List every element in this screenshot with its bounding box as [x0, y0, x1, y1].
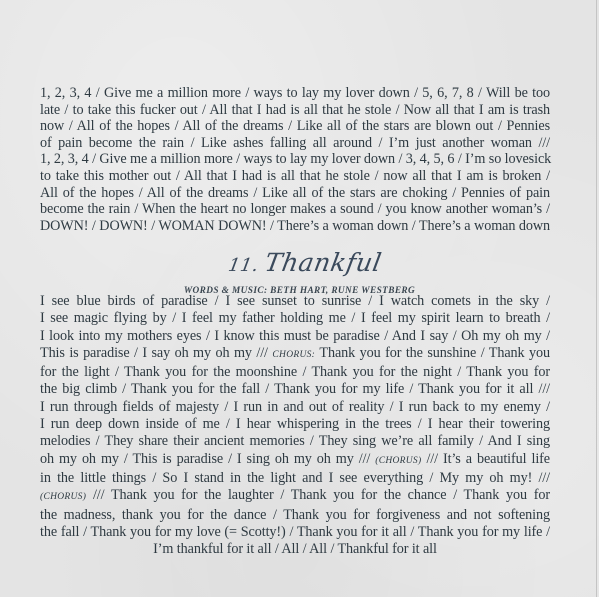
lyric-line: I look into my mothers eyes / I know thi…	[40, 328, 550, 345]
lyric-text: melodies / They share their ancient memo…	[40, 433, 550, 449]
lyric-line: oh my oh my / This is paradise / I sing …	[40, 451, 550, 470]
previous-song-lyrics: 1, 2, 3, 4 / Give me a million more / wa…	[40, 85, 550, 234]
song-lyrics: I see blue birds of paradise / I see sun…	[40, 293, 550, 558]
lyric-line: the madness, thank you for the dance / T…	[40, 507, 550, 524]
lyric-line: melodies / They share their ancient memo…	[40, 433, 550, 450]
chorus-cue: (CHORUS)	[375, 456, 421, 466]
lyric-text: Thank you for the sunshine / Thank you	[315, 345, 550, 361]
lyric-line: late / to take this fucker out / All tha…	[40, 102, 550, 119]
song-title-text: Thankful	[263, 248, 384, 277]
lyric-line: I’m thankful for it all / All / All / Th…	[40, 541, 550, 558]
lyric-line: I see blue birds of paradise / I see sun…	[40, 293, 550, 310]
lyric-text: I’m thankful for it all / All / All / Th…	[153, 541, 437, 557]
lyric-line: now / All of the hopes / All of the drea…	[40, 118, 550, 135]
lyric-line: in the little things / So I stand in the…	[40, 470, 550, 487]
lyric-line: the big climb / Thank you for the fall /…	[40, 381, 550, 398]
lyric-line: This is paradise / I say oh my oh my ///…	[40, 345, 550, 364]
lyric-line: DOWN! / DOWN! / WOMAN DOWN! / There’s a …	[40, 218, 550, 235]
lyric-line: to take this mother out / All that I had…	[40, 168, 550, 185]
lyric-text: I run deep down inside of me / I hear wh…	[40, 416, 550, 432]
lyric-line: I run through fields of majesty / I run …	[40, 399, 550, 416]
lyric-text: I look into my mothers eyes / I know thi…	[40, 328, 550, 344]
lyric-text: the big climb / Thank you for the fall /…	[40, 381, 550, 397]
lyric-line: of pain become the rain / Like ashes fal…	[40, 135, 550, 152]
lyric-line: All of the hopes / All of the dreams / L…	[40, 185, 550, 202]
lyric-line: the fall / Thank you for my love (= Scot…	[40, 524, 550, 541]
lyric-line: 1, 2, 3, 4 / Give me a million more / wa…	[40, 151, 550, 168]
lyric-text: for the light / Thank you for the moonsh…	[40, 364, 550, 380]
lyric-text: I see magic flying by / I feel my father…	[40, 310, 550, 326]
lyric-line: (CHORUS) /// Thank you for the laughter …	[40, 487, 550, 506]
lyric-text: I run through fields of majesty / I run …	[40, 399, 550, 415]
lyric-line: 1, 2, 3, 4 / Give me a million more / wa…	[40, 85, 550, 102]
lyric-line: I see magic flying by / I feel my father…	[40, 310, 550, 327]
lyric-text: oh my oh my / This is paradise / I sing …	[40, 451, 375, 467]
song-title: 11.Thankful	[224, 248, 371, 288]
chorus-cue: CHORUS:	[272, 350, 315, 360]
lyric-text: the madness, thank you for the dance / T…	[40, 507, 550, 523]
lyric-line: for the light / Thank you for the moonsh…	[40, 364, 550, 381]
lyric-line: become the rain / When the heart no long…	[40, 201, 550, 218]
lyric-line: I run deep down inside of me / I hear wh…	[40, 416, 550, 433]
lyric-text: I see blue birds of paradise / I see sun…	[40, 293, 550, 309]
page-edge-divider	[596, 0, 597, 597]
lyric-text: This is paradise / I say oh my oh my ///	[40, 345, 272, 361]
lyric-text: /// It’s a beautiful life	[421, 451, 550, 467]
lyric-text: /// Thank you for the laughter / Thank y…	[86, 487, 550, 503]
lyric-text: the fall / Thank you for my love (= Scot…	[40, 524, 550, 540]
track-number: 11.	[227, 255, 261, 276]
lyrics-booklet-page: 1, 2, 3, 4 / Give me a million more / wa…	[0, 0, 599, 597]
lyric-text: in the little things / So I stand in the…	[40, 470, 550, 486]
chorus-cue: (CHORUS)	[40, 492, 86, 502]
